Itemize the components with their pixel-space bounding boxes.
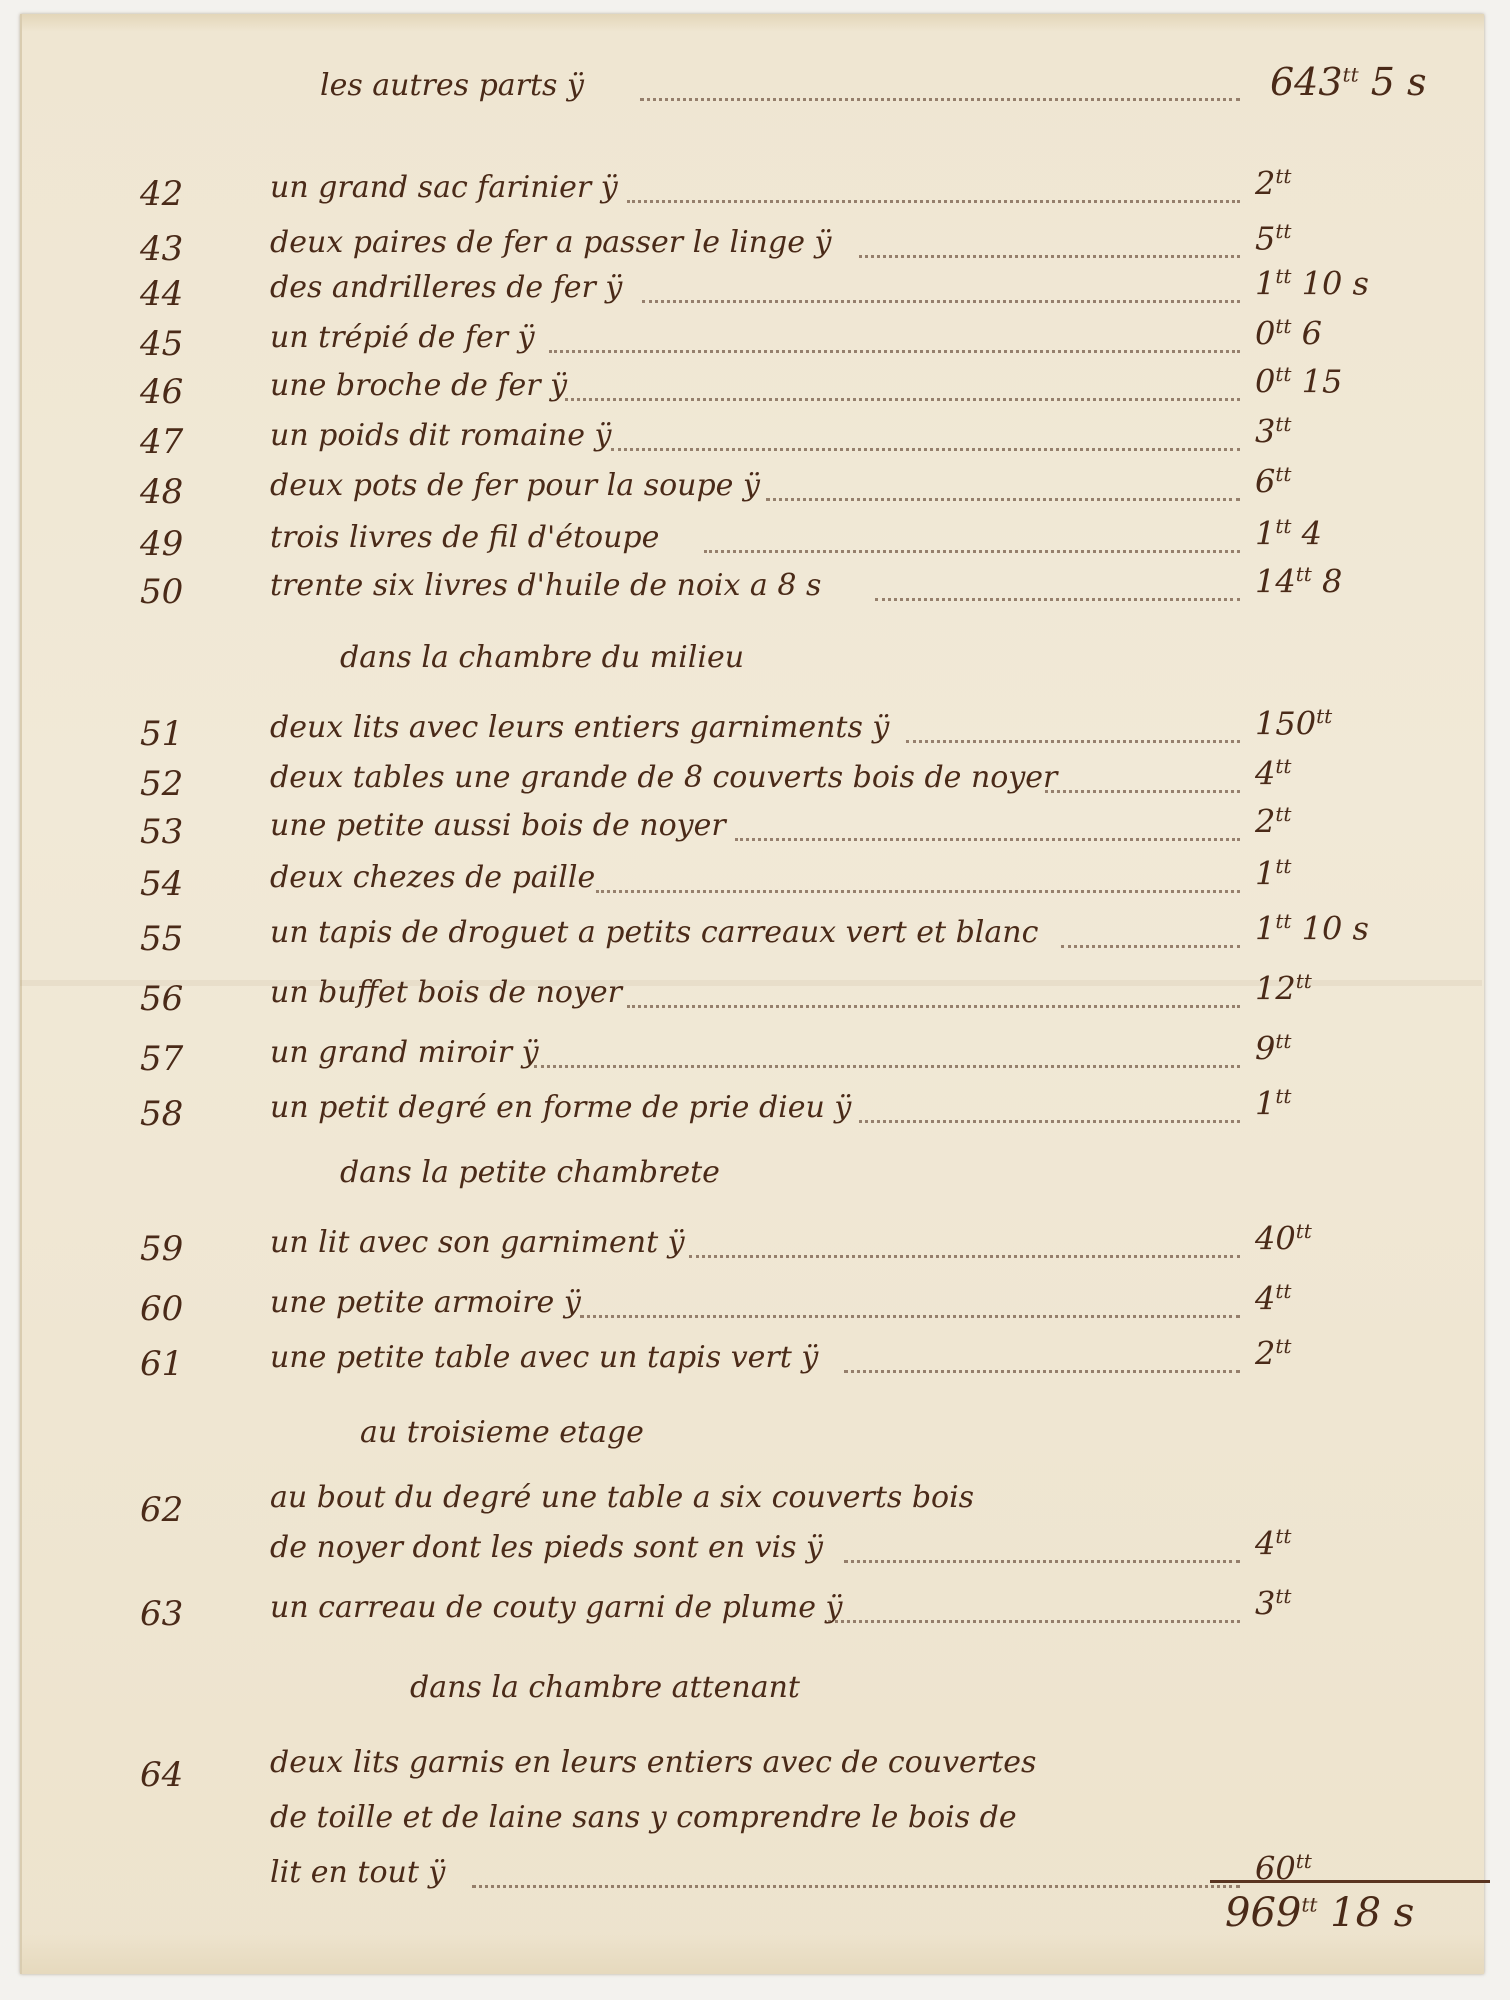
- item-amount: 12tt: [1255, 969, 1455, 1008]
- item-number: 64: [140, 1755, 220, 1795]
- inventory-item-row: 58un petit degré en forme de prie dieu ÿ…: [0, 1090, 1510, 1150]
- unit-livres: tt: [1275, 314, 1291, 338]
- inventory-item-row: 64deux lits garnis en leurs entiers avec…: [0, 1745, 1510, 1805]
- inventory-item-row: 59un lit avec son garniment ÿ40tt: [0, 1225, 1510, 1285]
- leader-dots: [735, 838, 1240, 841]
- item-description: un buffet bois de noyer: [270, 975, 622, 1010]
- item-description: une petite aussi bois de noyer: [270, 808, 726, 843]
- leader-dots: [859, 255, 1240, 258]
- leader-dots: [844, 1560, 1241, 1563]
- unit-livres: tt: [1301, 1893, 1317, 1917]
- amount-livres: 1: [1255, 515, 1275, 553]
- unit-livres: tt: [1275, 1524, 1291, 1548]
- item-amount: 1tt 4: [1255, 514, 1455, 553]
- unit-livres: tt: [1296, 1219, 1312, 1243]
- item-number: 51: [140, 714, 220, 754]
- unit-livres: tt: [1275, 854, 1291, 878]
- item-amount: 2tt: [1255, 802, 1455, 841]
- leader-dots: [640, 98, 1240, 101]
- section-heading: dans la chambre du milieu: [340, 640, 744, 675]
- item-amount: 40tt: [1255, 1219, 1455, 1258]
- item-amount: 0tt 15: [1255, 362, 1455, 401]
- total-rule: [1210, 1880, 1490, 1883]
- section-heading: dans la chambre attenant: [410, 1670, 800, 1705]
- amount-livres: 14: [1255, 563, 1296, 601]
- amount-livres: 5: [1255, 220, 1275, 258]
- item-number: 45: [140, 324, 220, 364]
- unit-livres: tt: [1275, 164, 1291, 188]
- item-number: 43: [140, 229, 220, 269]
- item-number: 60: [140, 1289, 220, 1329]
- item-number: 57: [140, 1039, 220, 1079]
- item-amount: 0tt 6: [1255, 314, 1455, 353]
- item-number: 59: [140, 1229, 220, 1269]
- item-amount: 150tt: [1255, 704, 1455, 743]
- item-description: de toille et de laine sans y comprendre …: [270, 1800, 1017, 1835]
- total-sous: 18 s: [1330, 1890, 1414, 1936]
- item-description: deux lits avec leurs entiers garniments …: [270, 710, 889, 745]
- item-amount: 1tt: [1255, 1084, 1455, 1123]
- item-amount: 4tt: [1255, 1279, 1455, 1318]
- amount-sous: 4: [1302, 515, 1322, 553]
- unit-livres: tt: [1316, 704, 1332, 728]
- item-number: 49: [140, 524, 220, 564]
- unit-livres: tt: [1275, 909, 1291, 933]
- total-livres: 969: [1225, 1890, 1301, 1936]
- item-number: 61: [140, 1344, 220, 1384]
- unit-livres: tt: [1275, 264, 1291, 288]
- unit-livres: tt: [1275, 362, 1291, 386]
- item-number: 52: [140, 764, 220, 804]
- item-description: un tapis de droguet a petits carreaux ve…: [270, 915, 1038, 950]
- amount-sous: 8: [1322, 563, 1342, 601]
- amount-livres: 1: [1255, 265, 1275, 303]
- amount-livres: 1: [1255, 1085, 1275, 1123]
- leader-dots: [875, 598, 1241, 601]
- inventory-item-row: 55un tapis de droguet a petits carreaux …: [0, 915, 1510, 975]
- inventory-item-row: 56un buffet bois de noyer12tt: [0, 975, 1510, 1035]
- unit-livres: tt: [1275, 412, 1291, 436]
- leader-dots: [844, 1370, 1241, 1373]
- carried-forward-label: les autres parts ÿ: [320, 68, 584, 103]
- unit-livres: tt: [1275, 514, 1291, 538]
- leader-dots: [549, 350, 1240, 353]
- item-amount: 4tt: [1255, 754, 1455, 793]
- inventory-item-row: 50trente six livres d'huile de noix a 8 …: [0, 568, 1510, 628]
- amount-sous: 10 s: [1302, 265, 1369, 303]
- leader-dots: [642, 300, 1240, 303]
- item-description: une petite armoire ÿ: [270, 1285, 581, 1320]
- item-number: 44: [140, 274, 220, 314]
- item-description: deux lits garnis en leurs entiers avec d…: [270, 1745, 1036, 1780]
- amount-livres: 0: [1255, 315, 1275, 353]
- item-description: des andrilleres de fer ÿ: [270, 270, 622, 305]
- item-number: 56: [140, 979, 220, 1019]
- item-number: 53: [140, 812, 220, 852]
- amount-livres: 2: [1255, 803, 1275, 841]
- item-number: 58: [140, 1094, 220, 1134]
- amount-livres: 12: [1255, 970, 1296, 1008]
- leader-dots: [906, 740, 1241, 743]
- unit-livres: tt: [1343, 62, 1359, 86]
- item-description: un petit degré en forme de prie dieu ÿ: [270, 1090, 851, 1125]
- amount-livres: 2: [1255, 165, 1275, 203]
- unit-livres: tt: [1275, 754, 1291, 778]
- amount-livres: 9: [1255, 1030, 1275, 1068]
- item-description: trois livres de fil d'étoupe: [270, 520, 659, 555]
- unit-livres: tt: [1275, 1334, 1291, 1358]
- unit-livres: tt: [1275, 219, 1291, 243]
- item-description: deux chezes de paille: [270, 860, 595, 895]
- inventory-item-row: 63un carreau de couty garni de plume ÿ3t…: [0, 1590, 1510, 1650]
- unit-livres: tt: [1275, 462, 1291, 486]
- item-number: 55: [140, 919, 220, 959]
- item-number: 54: [140, 864, 220, 904]
- leader-dots: [704, 550, 1240, 553]
- item-description: trente six livres d'huile de noix a 8 s: [270, 568, 821, 603]
- amount-livres: 4: [1255, 1525, 1275, 1563]
- unit-livres: tt: [1275, 802, 1291, 826]
- amount-livres: 150: [1255, 705, 1316, 743]
- leader-dots: [596, 890, 1241, 893]
- item-description: deux tables une grande de 8 couverts boi…: [270, 760, 1057, 795]
- item-amount: 1tt 10 s: [1255, 909, 1455, 948]
- item-description: deux pots de fer pour la soupe ÿ: [270, 468, 760, 503]
- item-description: un trépié de fer ÿ: [270, 320, 535, 355]
- item-amount: 2tt: [1255, 164, 1455, 203]
- amount-livres: 643: [1270, 60, 1343, 104]
- leader-dots: [627, 1005, 1241, 1008]
- amount-livres: 0: [1255, 363, 1275, 401]
- item-amount: 4tt: [1255, 1524, 1455, 1563]
- item-description: une petite table avec un tapis vert ÿ: [270, 1340, 818, 1375]
- grand-total: 969tt 18 s: [1225, 1890, 1425, 1936]
- amount-sous: 15: [1302, 363, 1343, 401]
- item-number: 63: [140, 1594, 220, 1634]
- item-description: une broche de fer ÿ: [270, 368, 567, 403]
- item-description: au bout du degré une table a six couvert…: [270, 1480, 974, 1515]
- amount-livres: 3: [1255, 1585, 1275, 1623]
- section-heading: au troisieme etage: [360, 1415, 644, 1450]
- unit-livres: tt: [1275, 1584, 1291, 1608]
- item-amount: 1tt 10 s: [1255, 264, 1455, 303]
- item-number: 47: [140, 422, 220, 462]
- leader-dots: [689, 1255, 1241, 1258]
- amount-livres: 4: [1255, 1280, 1275, 1318]
- unit-livres: tt: [1275, 1084, 1291, 1108]
- amount-sous: 10 s: [1302, 910, 1369, 948]
- leader-dots: [766, 498, 1240, 501]
- item-amount: 1tt: [1255, 854, 1455, 893]
- amount-livres: 2: [1255, 1335, 1275, 1373]
- item-amount: 3tt: [1255, 1584, 1455, 1623]
- leader-dots: [580, 1315, 1240, 1318]
- item-number: 62: [140, 1490, 220, 1530]
- item-description: deux paires de fer a passer le linge ÿ: [270, 225, 831, 260]
- unit-livres: tt: [1296, 1849, 1312, 1873]
- unit-livres: tt: [1296, 969, 1312, 993]
- item-number: 42: [140, 174, 220, 214]
- leader-dots: [565, 398, 1241, 401]
- carried-forward-row: les autres parts ÿ 643tt 5 s: [0, 60, 1510, 120]
- item-number: 48: [140, 472, 220, 512]
- item-amount: 14tt 8: [1255, 562, 1455, 601]
- amount-livres: 1: [1255, 910, 1275, 948]
- leader-dots: [611, 448, 1240, 451]
- inventory-item-row: 61une petite table avec un tapis vert ÿ2…: [0, 1340, 1510, 1400]
- unit-livres: tt: [1275, 1029, 1291, 1053]
- item-description: un carreau de couty garni de plume ÿ: [270, 1590, 842, 1625]
- amount-sous: 5 s: [1371, 60, 1427, 104]
- item-number: 50: [140, 572, 220, 612]
- amount-livres: 4: [1255, 755, 1275, 793]
- item-amount: 3tt: [1255, 412, 1455, 451]
- section-heading: dans la petite chambrete: [340, 1155, 720, 1190]
- unit-livres: tt: [1275, 1279, 1291, 1303]
- carried-forward-amount: 643tt 5 s: [1270, 60, 1470, 104]
- amount-livres: 6: [1255, 463, 1275, 501]
- item-amount: 5tt: [1255, 219, 1455, 258]
- item-amount: 6tt: [1255, 462, 1455, 501]
- leader-dots: [828, 1620, 1240, 1623]
- item-number: 46: [140, 372, 220, 412]
- item-description: lit en tout ÿ: [270, 1855, 445, 1890]
- unit-livres: tt: [1296, 562, 1312, 586]
- item-description: un lit avec son garniment ÿ: [270, 1225, 685, 1260]
- leader-dots: [472, 1885, 1241, 1888]
- leader-dots: [859, 1120, 1240, 1123]
- item-description: de noyer dont les pieds sont en vis ÿ: [270, 1530, 823, 1565]
- inventory-item-row: 62au bout du degré une table a six couve…: [0, 1480, 1510, 1540]
- item-description: un grand sac farinier ÿ: [270, 170, 618, 205]
- leader-dots: [534, 1065, 1241, 1068]
- item-description: un poids dit romaine ÿ: [270, 418, 611, 453]
- leader-dots: [1061, 945, 1241, 948]
- item-amount: 2tt: [1255, 1334, 1455, 1373]
- amount-livres: 40: [1255, 1220, 1296, 1258]
- item-amount: 9tt: [1255, 1029, 1455, 1068]
- amount-sous: 6: [1302, 315, 1322, 353]
- leader-dots: [1045, 790, 1240, 793]
- item-description: un grand miroir ÿ: [270, 1035, 539, 1070]
- amount-livres: 3: [1255, 413, 1275, 451]
- leader-dots: [627, 200, 1241, 203]
- amount-livres: 1: [1255, 855, 1275, 893]
